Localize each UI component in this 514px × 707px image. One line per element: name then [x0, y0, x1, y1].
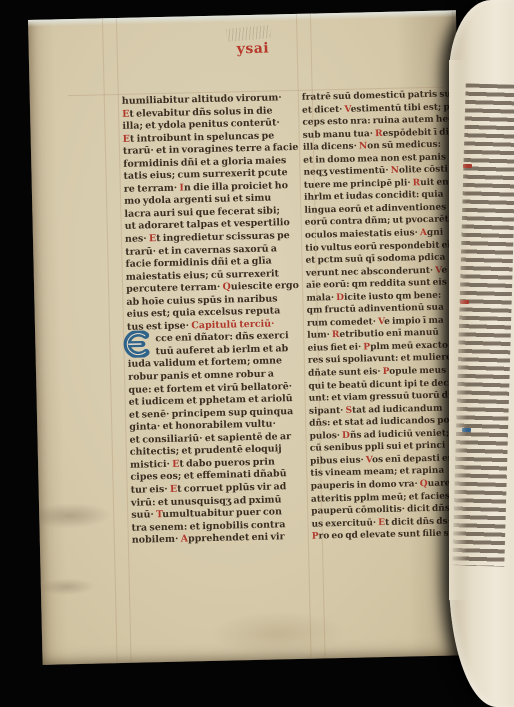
- body-text: e impio ī ma: [384, 315, 444, 326]
- body-text: ro eo qd elevate sunt filie sy: [318, 529, 454, 542]
- body-text: us exercituū·: [311, 518, 378, 530]
- body-text: tuere me principē pli·: [304, 178, 413, 190]
- body-text: etributio enī manuū: [339, 328, 439, 340]
- adjacent-page-edge: [449, 0, 514, 707]
- text-line: Pro eo qd elevate sunt filie sy: [312, 527, 464, 543]
- body-text: sub manu tua·: [303, 129, 376, 141]
- body-text: t ingredietur scissuras pe: [156, 230, 290, 244]
- body-text: tur eis·: [131, 484, 170, 496]
- body-text: pauperis in domo vra·: [311, 479, 420, 491]
- body-text: tus est ipse·: [127, 320, 192, 332]
- pencil-inscription: [226, 25, 271, 42]
- body-text: icite iusto qm bene:: [344, 290, 441, 302]
- body-text: oculos maiestatis eius·: [305, 228, 420, 241]
- body-text: t dicit dñs ds·: [385, 516, 451, 527]
- manuscript-page: ysai humiliabitur altitudo virorum·Et el…: [28, 10, 471, 665]
- text-column-right: fratrē suū domesticū patris sui:et dicet…: [302, 88, 464, 543]
- body-text: os enī depasti es: [372, 453, 453, 465]
- body-text: uiescite ergo: [231, 280, 299, 293]
- body-text: dñs: et stat ad iudicandos po: [309, 416, 450, 429]
- body-text: et pctm suū qī sodoma pdica: [305, 253, 445, 266]
- body-text: illa dicens·: [303, 142, 359, 153]
- body-text: nes·: [125, 233, 149, 245]
- body-text: ñs ad iudiciū veniet;: [350, 428, 450, 440]
- running-title: ysai: [237, 41, 270, 58]
- body-text: plm meū exacto: [370, 340, 448, 352]
- body-text: nobilem·: [132, 534, 181, 546]
- body-text: opule meus: [389, 366, 446, 377]
- body-text: n die illa proiciet ho: [184, 180, 288, 193]
- body-text: mistici·: [130, 459, 172, 471]
- red-rubric-text: Q: [420, 479, 428, 489]
- body-text: pprehendet eni vir: [188, 531, 285, 544]
- body-text: uit enī: [420, 177, 452, 188]
- body-text: espōdebit ī die: [382, 127, 454, 139]
- body-text: uare: [428, 478, 451, 489]
- body-text: aīe eorū: qm reddita sunt eis: [306, 278, 447, 291]
- text-column-left: humiliabitur altitudo virorum·Et elevabi…: [122, 92, 312, 548]
- body-text: percutere terram·: [126, 282, 223, 295]
- text-block: humiliabitur altitudo virorum·Et elevabi…: [30, 88, 458, 98]
- red-rubric-text: D: [336, 293, 344, 303]
- body-text: tuū auferet ab ierlm et ab: [155, 343, 288, 357]
- body-text: sipant·: [309, 406, 346, 417]
- body-text: et dicet·: [302, 104, 345, 115]
- text-line: nobilem· Apprehendet eni vir: [132, 531, 312, 548]
- body-text: cce enī dñator: dñs exerci: [155, 331, 289, 345]
- body-text: on sū medicus:: [367, 140, 441, 152]
- body-text: dñate sunt eis·: [308, 367, 383, 379]
- manuscript-photo: ysai humiliabitur altitudo virorum·Et el…: [0, 0, 514, 707]
- body-text: gni: [427, 228, 443, 238]
- body-text: lum·: [307, 331, 332, 342]
- body-text: umultuabitur puer con: [162, 506, 282, 520]
- red-rubric-text: Q: [222, 282, 231, 293]
- body-text: estimentū tibi est; prī: [351, 102, 458, 114]
- body-text: pibus eius·: [310, 455, 366, 466]
- ruling-line-vertical: [102, 18, 118, 663]
- body-text: t corruet pplūs vir ad: [177, 481, 286, 494]
- body-text: neqʒ vestimentū·: [303, 166, 390, 178]
- body-text: tat ad iudicandum: [352, 403, 443, 415]
- body-text: t dabo pueros prin: [179, 456, 275, 469]
- body-text: mala·: [306, 293, 336, 304]
- adjacent-page-curve-fade: [449, 60, 467, 600]
- body-text: suū·: [131, 509, 156, 521]
- body-text: olite cōsti: [399, 165, 448, 176]
- body-text: pulos·: [309, 431, 342, 442]
- body-text: e: [441, 265, 447, 275]
- red-rubric-text: Capitulū terciū·: [191, 318, 274, 331]
- body-text: re terram·: [124, 182, 180, 194]
- body-text: cū senibus ppli sui et princi: [310, 441, 446, 454]
- body-text: eius fiet ei·: [307, 342, 363, 353]
- body-text: rum comedet·: [307, 317, 378, 329]
